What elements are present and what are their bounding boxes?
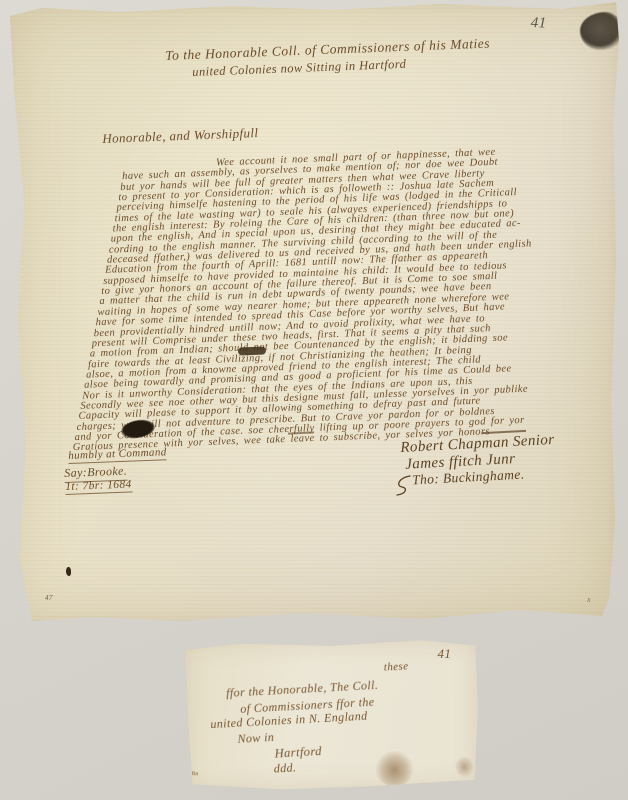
stray-ink-mark: x — [587, 595, 591, 604]
water-stain — [375, 750, 413, 786]
address-slip: 41 these ffor the Honorable, The Coll. o… — [181, 638, 480, 793]
salutation: Honorable, and Worshipfull — [102, 125, 259, 147]
slip-folio-number: 41 — [437, 646, 451, 662]
closing-line: humbly at Command — [68, 446, 167, 464]
ink-spot — [66, 567, 71, 576]
slip-annotation: these — [384, 660, 409, 673]
folio-number: 41 — [530, 15, 546, 33]
slip-address-line: Hartford — [274, 744, 322, 762]
wax-seal-stain — [580, 12, 624, 50]
water-stain — [454, 756, 474, 778]
manuscript-letter-sheet: 41 To the Honorable Coll. of Commissione… — [2, 0, 622, 626]
archivist-mark: 47 — [45, 594, 53, 602]
pen-flourish-icon — [394, 474, 414, 496]
slip-address-line: united Colonies in N. England — [210, 709, 368, 732]
slip-address-line: Now in — [237, 730, 275, 747]
date-line: 1t: 7br: 1684 — [65, 478, 132, 495]
ink-smudge — [238, 347, 266, 356]
slip-corner-mark: 48a — [188, 771, 198, 777]
letter-body: Wee account it noe small part of or happ… — [72, 144, 598, 453]
pen-flourish: ddd. — [273, 760, 296, 776]
signature-block: Robert Chapman SeniorJames ffitch JunrTh… — [400, 432, 557, 490]
photograph-mat-background: 41 To the Honorable Coll. of Commissione… — [0, 0, 628, 800]
